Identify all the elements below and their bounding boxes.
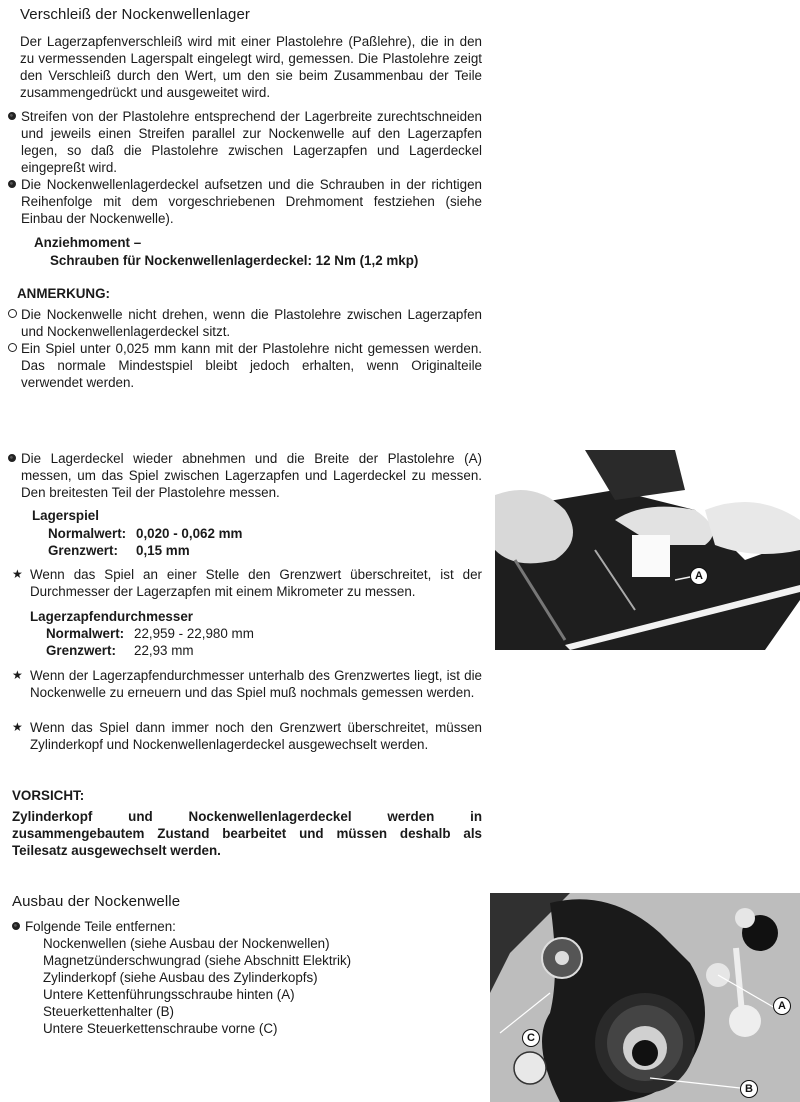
section-title-camshaft-removal: Ausbau der Nockenwelle <box>12 893 180 910</box>
star-note: ★ Wenn das Spiel an einer Stelle den Gre… <box>12 566 482 600</box>
clearance-normal-row: Normalwert:0,020 - 0,062 mm <box>48 525 242 542</box>
section-title-bearing-wear: Verschleiß der Nockenwellenlager <box>20 6 250 23</box>
removal-step: Folgende Teile entfernen: <box>12 918 486 935</box>
filled-bullet-icon <box>8 176 22 193</box>
camshaft-chain-photo: A B C <box>490 893 800 1102</box>
torque-heading: Anziehmoment – <box>34 234 141 251</box>
torque-value: Schrauben für Nockenwellenlagerdeckel: 1… <box>50 252 418 269</box>
list-item: Steuerkettenhalter (B) <box>43 1003 351 1020</box>
callout-b: B <box>740 1080 758 1098</box>
caution-text: Zylinderkopf und Nockenwellenlagerdeckel… <box>12 808 482 859</box>
plastigauge-photo: A <box>495 450 800 650</box>
note-item: Ein Spiel unter 0,025 mm kann mit der Pl… <box>8 340 482 391</box>
star-note: ★ Wenn das Spiel dann immer noch den Gre… <box>12 719 482 753</box>
clearance-limit-row: Grenzwert:0,15 mm <box>48 542 190 559</box>
callout-c: C <box>522 1029 540 1047</box>
filled-bullet-icon <box>8 450 22 467</box>
callout-a: A <box>773 997 791 1015</box>
diameter-normal-row: Normalwert:22,959 - 22,980 mm <box>46 625 254 642</box>
diameter-limit-row: Grenzwert:22,93 mm <box>46 642 194 659</box>
list-item: Zylinderkopf (siehe Ausbau des Zylinderk… <box>43 969 351 986</box>
filled-bullet-icon <box>12 918 26 935</box>
list-item: Nockenwellen (siehe Ausbau der Nockenwel… <box>43 935 351 952</box>
list-item: Untere Kettenführungsschraube hinten (A) <box>43 986 351 1003</box>
star-note: ★ Wenn der Lagerzapfendurchmesser unterh… <box>12 667 482 701</box>
star-icon: ★ <box>12 566 26 583</box>
diameter-heading: Lagerzapfendurchmesser <box>30 608 193 625</box>
step-item: Streifen von der Plastolehre entsprechen… <box>8 108 482 176</box>
open-circle-icon <box>8 340 22 357</box>
star-icon: ★ <box>12 719 26 736</box>
callout-a: A <box>690 567 708 585</box>
intro-paragraph: Der Lagerzapfenverschleiß wird mit einer… <box>20 33 482 101</box>
list-item: Untere Steuerkettenschraube vorne (C) <box>43 1020 351 1037</box>
open-circle-icon <box>8 306 22 323</box>
clearance-heading: Lagerspiel <box>32 507 99 524</box>
note-heading: ANMERKUNG: <box>17 285 110 302</box>
list-item: Magnetzünderschwungrad (siehe Abschnitt … <box>43 952 351 969</box>
parts-list: Nockenwellen (siehe Ausbau der Nockenwel… <box>43 935 351 1037</box>
star-icon: ★ <box>12 667 26 684</box>
note-item: Die Nockenwelle nicht drehen, wenn die P… <box>8 306 482 340</box>
measure-step: Die Lagerdeckel wieder abnehmen und die … <box>8 450 482 501</box>
step-item: Die Nockenwellenlagerdeckel aufsetzen un… <box>8 176 482 227</box>
filled-bullet-icon <box>8 108 22 125</box>
caution-heading: VORSICHT: <box>12 787 84 804</box>
